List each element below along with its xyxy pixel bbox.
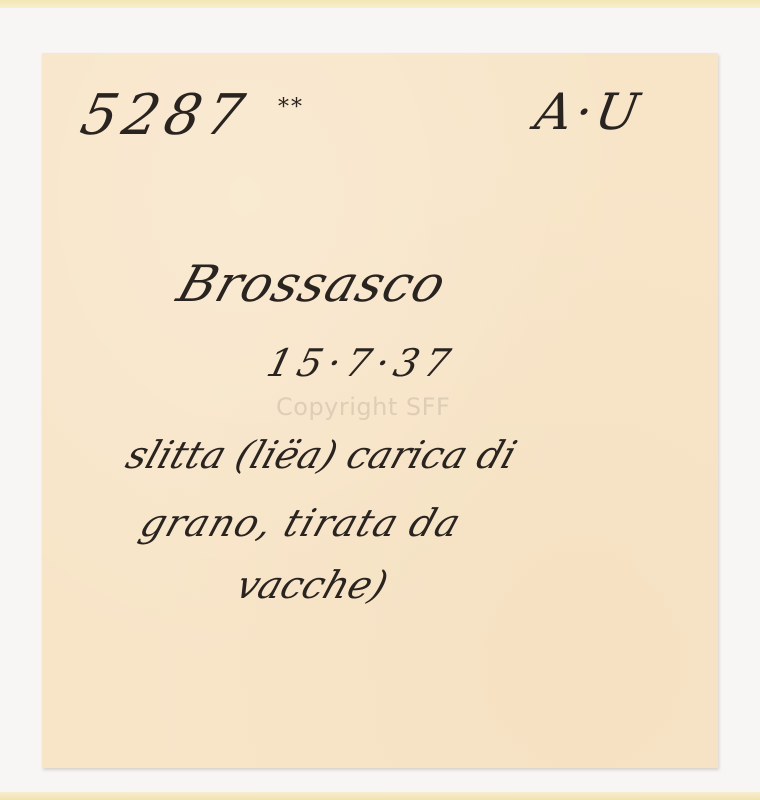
description-line-1: slitta (liëa) carica di [121,433,522,477]
scan-edge-top [0,0,760,8]
date: 15·7·37 [263,341,461,385]
description-line-2: grano, tirata da [135,501,467,545]
catalog-number: 5287 [75,83,255,148]
handwritten-index-card: 5287 ** A·U Brossasco 15·7·37 Copyright … [42,53,718,768]
description-line-3: vacche) [231,563,394,607]
place-name: Brossasco [171,255,454,313]
copyright-watermark: Copyright SFF [276,393,450,421]
scan-edge-bottom [0,792,760,800]
catalog-marks-stars: ** [278,95,304,120]
collection-code: A·U [531,83,647,141]
white-mount: 5287 ** A·U Brossasco 15·7·37 Copyright … [0,8,760,792]
